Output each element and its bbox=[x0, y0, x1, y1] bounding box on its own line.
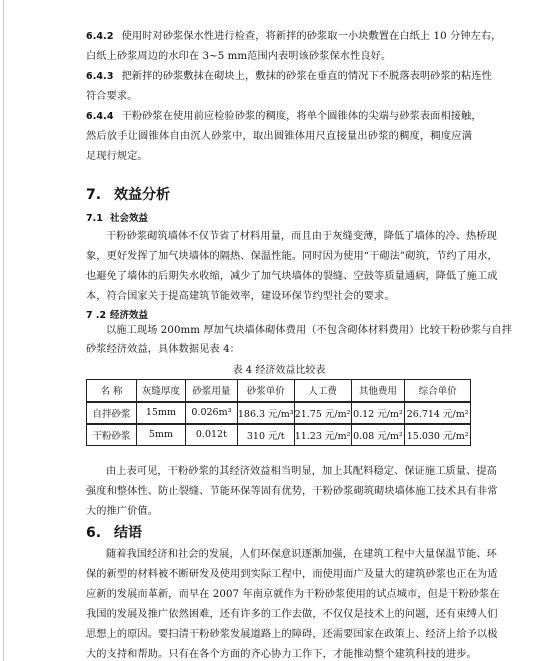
table-cell: 0.026m³ bbox=[185, 402, 237, 424]
conclusion-heading: 6.结语 bbox=[86, 522, 142, 542]
header-cell: 其他费用 bbox=[351, 380, 405, 402]
table-cell: 0.12 元/m² bbox=[351, 402, 405, 424]
economic-benefit-line-1: 以施工现场 200mm 厚加气块墙体砌体费用（不包含砌体材料费用）比较干粉砂浆与… bbox=[86, 324, 472, 338]
header-cell: 综合单价 bbox=[405, 380, 471, 402]
table-summary-line-2: 强度和整体性、防止裂缝、节能环保等固有优势，干粉砂浆砌筑砌块墙体施工技术具有非常 bbox=[86, 485, 472, 499]
paragraph-6-4-4-line-1: 6.4.4干粉砂浆在使用前应检验砂浆的稠度，将单个圆锥体的尖端与砂浆表面相接触， bbox=[86, 110, 472, 124]
clause-text: 使用时对砂浆保水性进行检查，将新拌的砂浆取一小块敷置在白纸上 10 分钟左右， bbox=[122, 31, 502, 42]
paragraph-6-4-4-line-2: 然后放手让圆锥体自由沉人砂浆中，取出圆锥体用尺直接量出砂浆的稠度，稠度应满 bbox=[86, 130, 472, 144]
conclusion-line-4: 我国的发展及推广依然困难，还有许多的工作去做，不仅仅是技术上的问题，还有束缚人们 bbox=[86, 608, 472, 622]
clause-number: 6.4.3 bbox=[86, 71, 114, 82]
table-row: 自拌砂浆 15mm 0.026m³ 186.3 元/m³ 21.75 元/m² … bbox=[87, 402, 471, 424]
paragraph-6-4-3-line-1: 6.4.3把新拌的砂浆敷抹在砌块上，敷抹的砂浆在垂直的情况下不脱落表明砂浆的粘连… bbox=[86, 70, 472, 84]
clause-number: 6.4.2 bbox=[86, 31, 114, 42]
page-edge bbox=[3, 0, 4, 661]
clause-text: 把新拌的砂浆敷抹在砌块上，敷抹的砂浆在垂直的情况下不脱落表明砂浆的粘连性 bbox=[122, 71, 492, 82]
table-summary-line-3: 大的推广价值。 bbox=[86, 505, 158, 519]
table-cell: 5mm bbox=[136, 424, 185, 446]
table-caption: 表 4 经济效益比较表 bbox=[86, 361, 472, 376]
header-cell: 名 称 bbox=[87, 380, 137, 402]
conclusion-line-2: 保的新型的材料被不断研发及使用到实际工程中，而使用面广及量大的建筑砂浆也正在为适 bbox=[86, 568, 472, 582]
section-title: 经济效益 bbox=[110, 310, 148, 321]
economic-benefit-line-2: 砂浆经济效益，具体数据见表 4： bbox=[86, 343, 240, 357]
table-cell: 干粉砂浆 bbox=[87, 424, 137, 446]
table-cell: 11.23 元/m² bbox=[294, 424, 351, 446]
chapter-number: 7. bbox=[86, 187, 114, 203]
conclusion-line-5: 思想上的原因。要扫清干粉砂浆发展道路上的障碍，还需要国家在政策上、经济上给予以极 bbox=[86, 628, 472, 642]
conclusion-line-3: 应新的发展而革新，而早在 2007 年南京就作为干粉砂浆使用的试点城市，但是干粉… bbox=[86, 588, 472, 602]
social-benefit-line-1: 干粉砂浆砌筑墙体不仅节省了材料用量，而且由于灰缝变薄，降低了墙体的冷、热桥现 bbox=[86, 230, 472, 244]
section-number: 7.1 bbox=[86, 213, 110, 224]
header-cell: 灰缝厚度 bbox=[136, 380, 185, 402]
table-cell: 0.08 元/m² bbox=[351, 424, 405, 446]
table-header-row: 名 称 灰缝厚度 砂浆用量 砂浆单价 人工费 其他费用 综合单价 bbox=[87, 380, 471, 402]
header-cell: 砂浆用量 bbox=[185, 380, 237, 402]
conclusion-line-1: 随着我国经济和社会的发展，人们环保意识逐渐加强，在建筑工程中大量保温节能、环 bbox=[86, 548, 472, 562]
clause-number: 6.4.4 bbox=[86, 111, 114, 122]
section-7-2-heading: 7 .2经济效益 bbox=[86, 307, 148, 321]
paragraph-6-4-2-line-2: 白纸上砂浆周边的水印在 3~5 mm范围内表明该砂浆保水性良好。 bbox=[86, 50, 391, 64]
chapter-title: 效益分析 bbox=[114, 187, 170, 203]
social-benefit-line-3: 也避免了墙体的后期失水收缩，减少了加气块墙体的裂缝、空鼓等质量通病，降低了施工成 bbox=[86, 270, 472, 284]
conclusion-line-6: 大的支持和帮助。只有在各个方面的齐心协力工作下，才能推动整个建筑科技的进步。 bbox=[86, 648, 477, 661]
paragraph-6-4-2-line-1: 6.4.2使用时对砂浆保水性进行检查，将新拌的砂浆取一小块敷置在白纸上 10 分… bbox=[86, 30, 472, 44]
clause-text: 干粉砂浆在使用前应检验砂浆的稠度，将单个圆锥体的尖端与砂浆表面相接触， bbox=[122, 111, 482, 122]
table-cell: 0.012t bbox=[185, 424, 237, 446]
section-title: 社会效益 bbox=[110, 213, 148, 224]
table-cell: 26.714 元/m² bbox=[405, 402, 471, 424]
section-number: 7 .2 bbox=[86, 310, 110, 321]
table-cell: 15.030 元/m² bbox=[405, 424, 471, 446]
table-row: 干粉砂浆 5mm 0.012t 310 元/t 11.23 元/m² 0.08 … bbox=[87, 424, 471, 446]
chapter-number: 6. bbox=[86, 525, 114, 541]
table-cell: 310 元/t bbox=[237, 424, 294, 446]
table-cell: 21.75 元/m² bbox=[294, 402, 351, 424]
table-summary-line-1: 由上表可见，干粉砂浆的其经济效益相当明显，加上其配料稳定、保证施工质量、提高 bbox=[86, 465, 472, 479]
chapter-7-heading: 7.效益分析 bbox=[86, 184, 170, 204]
paragraph-6-4-4-line-3: 足现行规定。 bbox=[86, 150, 148, 164]
table-cell: 15mm bbox=[136, 402, 185, 424]
paragraph-6-4-3-line-2: 符合要求。 bbox=[86, 90, 137, 104]
social-benefit-line-2: 象，更好发挥了加气块墙体的隔热、保温性能。同时因为使用“干砌法”砌筑，节约了用水… bbox=[86, 250, 472, 264]
table-cell: 186.3 元/m³ bbox=[237, 402, 294, 424]
header-cell: 砂浆单价 bbox=[237, 380, 294, 402]
chapter-title: 结语 bbox=[114, 525, 142, 541]
header-cell: 人工费 bbox=[294, 380, 351, 402]
economic-comparison-table: 名 称 灰缝厚度 砂浆用量 砂浆单价 人工费 其他费用 综合单价 自拌砂浆 15… bbox=[86, 379, 471, 446]
table-cell: 自拌砂浆 bbox=[87, 402, 137, 424]
section-7-1-heading: 7.1社会效益 bbox=[86, 210, 148, 224]
social-benefit-line-4: 本，符合国家关于提高建筑节能效率，建设环保节约型社会的要求。 bbox=[86, 290, 395, 304]
